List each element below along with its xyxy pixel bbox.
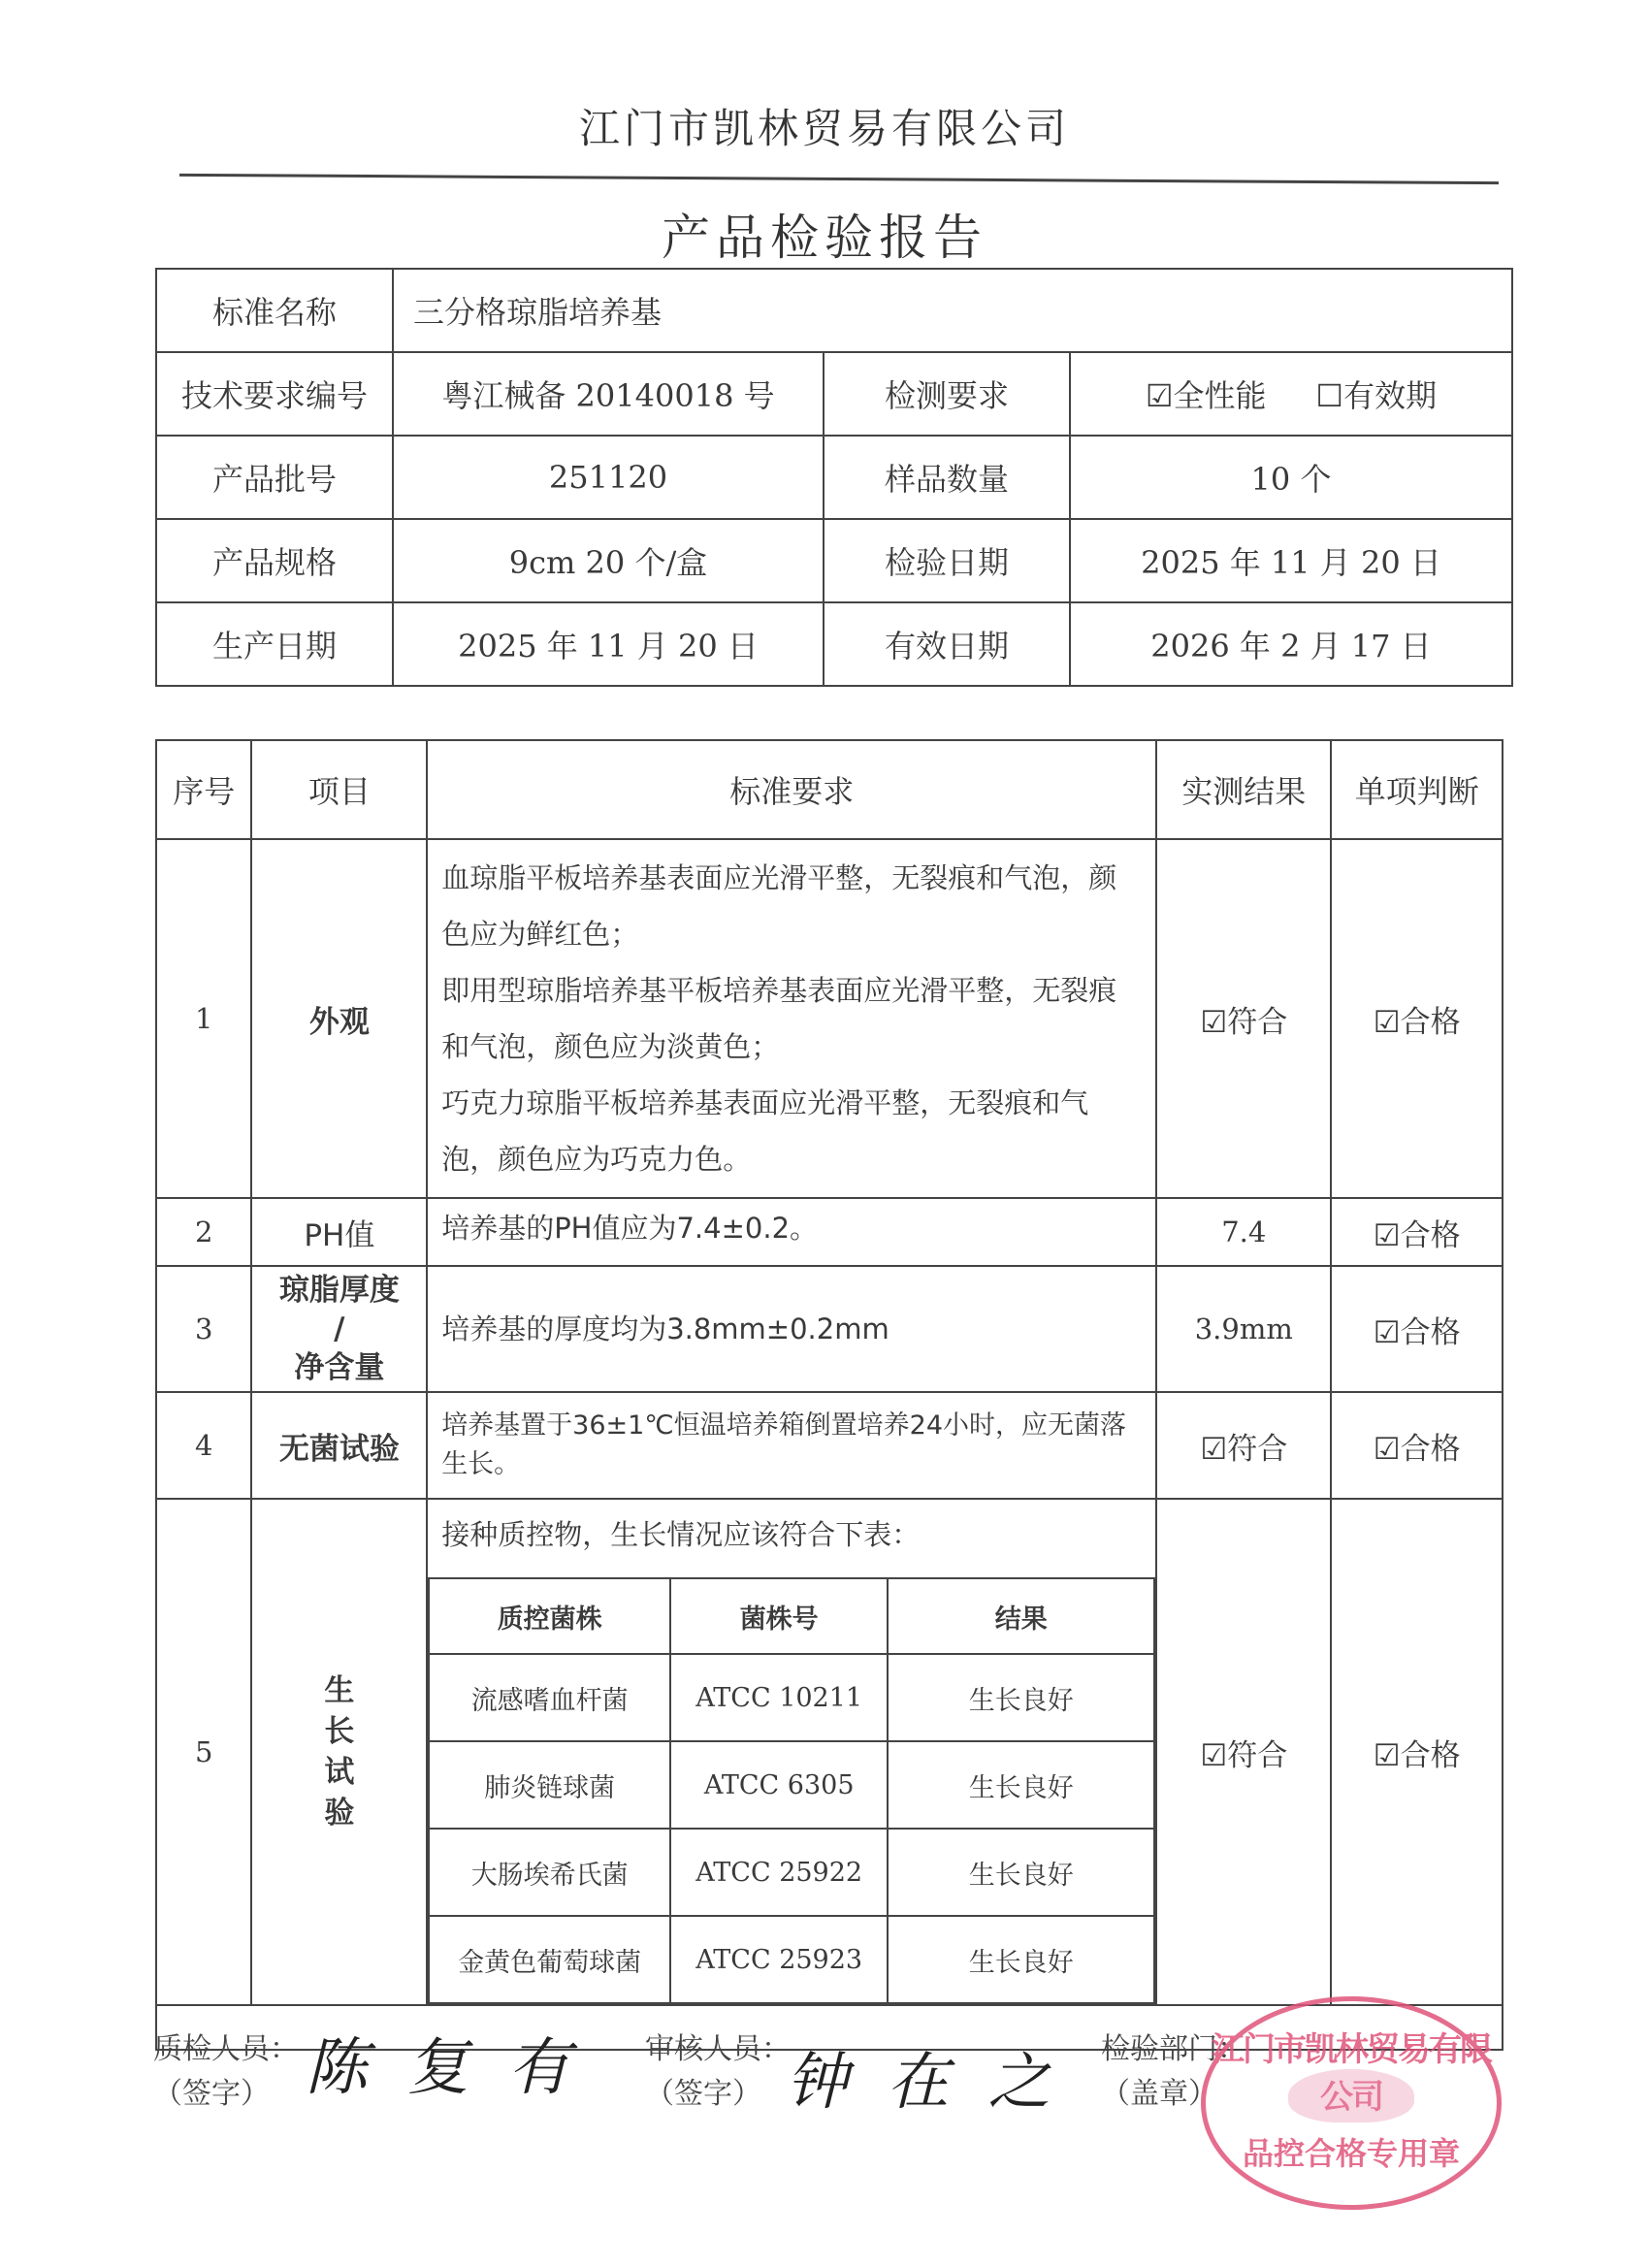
row-item: 外观 — [251, 839, 427, 1198]
item-line: 净含量 — [253, 1348, 425, 1387]
info-row-prod-date: 生产日期 2025 年 11 月 20 日 有效日期 2026 年 2 月 17… — [156, 602, 1512, 686]
test-req-label: 检测要求 — [824, 352, 1070, 436]
tech-req-label: 技术要求编号 — [156, 352, 393, 436]
col-header-item: 项目 — [251, 740, 427, 839]
sample-qty-label: 样品数量 — [824, 436, 1070, 519]
inspector-label: 质检人员： — [153, 2027, 299, 2072]
row-requirement: 培养基的厚度均为3.8mm±0.2mm — [427, 1266, 1156, 1392]
item-char: 生 — [253, 1670, 425, 1711]
strain-name: 肺炎链球菌 — [429, 1741, 670, 1829]
item-char: 长 — [253, 1711, 425, 1752]
validity-checkbox[interactable]: ☐有效期 — [1315, 377, 1437, 414]
row-item: 无菌试验 — [251, 1392, 427, 1499]
stamp-purpose-text: 品控合格专用章 — [1206, 2129, 1497, 2174]
reviewer-label: 审核人员： — [645, 2027, 791, 2072]
row-judgement: ☑合格 — [1331, 1198, 1503, 1266]
strain-row: 金黄色葡萄球菌 ATCC 25923 生长良好 — [429, 1916, 1154, 2003]
spec-label: 产品规格 — [156, 519, 393, 602]
requirement-line: 血琼脂平板培养基表面应光滑平整，无裂痕和气泡，颜色应为鲜红色； — [441, 850, 1142, 962]
tech-req-value: 粤江械备 20140018 号 — [393, 352, 824, 436]
strain-row: 流感嗜血杆菌 ATCC 10211 生长良好 — [429, 1654, 1154, 1741]
strain-name: 大肠埃希氏菌 — [429, 1829, 670, 1916]
result-col-header: 结果 — [888, 1578, 1154, 1654]
header-divider — [179, 174, 1499, 184]
strain-result: 生长良好 — [888, 1916, 1154, 2003]
quality-control-stamp: 江门市凯林贸易有限公司 品控合格专用章 — [1201, 1996, 1502, 2210]
strain-result: 生长良好 — [888, 1741, 1154, 1829]
standard-name-label: 标准名称 — [156, 269, 393, 352]
sample-qty-value: 10 个 — [1070, 436, 1512, 519]
test-date-value: 2025 年 11 月 20 日 — [1070, 519, 1512, 602]
strain-row: 肺炎链球菌 ATCC 6305 生长良好 — [429, 1741, 1154, 1829]
table-row: 2 PH值 培养基的PH值应为7.4±0.2。 7.4 ☑合格 — [156, 1198, 1503, 1266]
row-requirement: 接种质控物，生长情况应该符合下表： 质控菌株 菌株号 结果 流感嗜血杆菌 ATC… — [427, 1499, 1156, 2005]
info-row-standard-name: 标准名称 三分格琼脂培养基 — [156, 269, 1512, 352]
reviewer-signature: 钟 在 之 — [786, 2032, 1060, 2122]
strain-table: 质控菌株 菌株号 结果 流感嗜血杆菌 ATCC 10211 生长良好 肺炎链球菌… — [428, 1577, 1155, 2004]
prod-date-label: 生产日期 — [156, 602, 393, 686]
row-result: 3.9mm — [1156, 1266, 1331, 1392]
strain-row: 大肠埃希氏菌 ATCC 25922 生长良好 — [429, 1829, 1154, 1916]
table-row: 1 外观 血琼脂平板培养基表面应光滑平整，无裂痕和气泡，颜色应为鲜红色； 即用型… — [156, 839, 1503, 1198]
row-requirement: 培养基的PH值应为7.4±0.2。 — [427, 1198, 1156, 1266]
strain-code: ATCC 25923 — [670, 1916, 888, 2003]
spec-value: 9cm 20 个/盒 — [393, 519, 824, 602]
table-row: 3 琼脂厚度 / 净含量 培养基的厚度均为3.8mm±0.2mm 3.9mm ☑… — [156, 1266, 1503, 1392]
row-item: 生 长 试 验 — [251, 1499, 427, 2005]
stamp-emblem-icon — [1288, 2069, 1414, 2122]
row-result: ☑符合 — [1156, 839, 1331, 1198]
code-col-header: 菌株号 — [670, 1578, 888, 1654]
row-judgement: ☑合格 — [1331, 1392, 1503, 1499]
row-no: 5 — [156, 1499, 251, 2005]
col-header-result: 实测结果 — [1156, 740, 1331, 839]
row-result: 7.4 — [1156, 1198, 1331, 1266]
col-header-judgement: 单项判断 — [1331, 740, 1503, 839]
company-name: 江门市凯林贸易有限公司 — [0, 97, 1649, 155]
report-title: 产品检验报告 — [0, 199, 1649, 269]
row-judgement: ☑合格 — [1331, 1499, 1503, 2005]
batch-value: 251120 — [393, 436, 824, 519]
table-row: 4 无菌试验 培养基置于36±1℃恒温培养箱倒置培养24小时，应无菌落生长。 ☑… — [156, 1392, 1503, 1499]
test-date-label: 检验日期 — [824, 519, 1070, 602]
row-no: 4 — [156, 1392, 251, 1499]
info-row-tech-req: 技术要求编号 粤江械备 20140018 号 检测要求 ☑全性能 ☐有效期 — [156, 352, 1512, 436]
item-line: / — [253, 1310, 425, 1348]
expiry-label: 有效日期 — [824, 602, 1070, 686]
info-row-batch: 产品批号 251120 样品数量 10 个 — [156, 436, 1512, 519]
row-item: 琼脂厚度 / 净含量 — [251, 1266, 427, 1392]
row-no: 3 — [156, 1266, 251, 1392]
inspector-sign-hint: （签字） — [153, 2072, 299, 2117]
inspection-header-row: 序号 项目 标准要求 实测结果 单项判断 — [156, 740, 1503, 839]
expiry-value: 2026 年 2 月 17 日 — [1070, 602, 1512, 686]
table-row: 5 生 长 试 验 接种质控物，生长情况应该符合下表： 质控菌株 菌株号 结果 … — [156, 1499, 1503, 2005]
strain-code: ATCC 10211 — [670, 1654, 888, 1741]
row-result: ☑符合 — [1156, 1392, 1331, 1499]
strain-name: 金黄色葡萄球菌 — [429, 1916, 670, 2003]
col-header-requirement: 标准要求 — [427, 740, 1156, 839]
reviewer-sign-hint: （签字） — [645, 2072, 791, 2117]
inspection-table: 序号 项目 标准要求 实测结果 单项判断 1 外观 血琼脂平板培养基表面应光滑平… — [155, 739, 1503, 2051]
row-no: 1 — [156, 839, 251, 1198]
row-requirement: 培养基置于36±1℃恒温培养箱倒置培养24小时，应无菌落生长。 — [427, 1392, 1156, 1499]
row-result: ☑符合 — [1156, 1499, 1331, 2005]
row-judgement: ☑合格 — [1331, 1266, 1503, 1392]
growth-intro: 接种质控物，生长情况应该符合下表： — [428, 1500, 1155, 1577]
standard-name-value: 三分格琼脂培养基 — [393, 269, 1512, 352]
strain-result: 生长良好 — [888, 1654, 1154, 1741]
inspector-signature: 陈 复 有 — [306, 2018, 580, 2107]
row-judgement: ☑合格 — [1331, 839, 1503, 1198]
strain-code: ATCC 6305 — [670, 1741, 888, 1829]
reviewer-block: 审核人员： （签字） — [645, 2027, 791, 2117]
strain-header-row: 质控菌株 菌株号 结果 — [429, 1578, 1154, 1654]
row-requirement: 血琼脂平板培养基表面应光滑平整，无裂痕和气泡，颜色应为鲜红色； 即用型琼脂培养基… — [427, 839, 1156, 1198]
strain-result: 生长良好 — [888, 1829, 1154, 1916]
item-char: 试 — [253, 1752, 425, 1793]
requirement-line: 巧克力琼脂平板培养基表面应光滑平整，无裂痕和气泡，颜色应为巧克力色。 — [441, 1075, 1142, 1187]
col-header-no: 序号 — [156, 740, 251, 839]
inspector-block: 质检人员： （签字） — [153, 2027, 299, 2117]
test-req-options: ☑全性能 ☐有效期 — [1070, 352, 1512, 436]
product-info-table: 标准名称 三分格琼脂培养基 技术要求编号 粤江械备 20140018 号 检测要… — [155, 268, 1513, 687]
requirement-line: 即用型琼脂培养基平板培养基表面应光滑平整，无裂痕和气泡，颜色应为淡黄色； — [441, 962, 1142, 1075]
strain-col-header: 质控菌株 — [429, 1578, 670, 1654]
full-performance-checkbox[interactable]: ☑全性能 — [1146, 377, 1267, 414]
strain-code: ATCC 25922 — [670, 1829, 888, 1916]
strain-name: 流感嗜血杆菌 — [429, 1654, 670, 1741]
item-line: 琼脂厚度 — [253, 1271, 425, 1310]
batch-label: 产品批号 — [156, 436, 393, 519]
info-row-spec: 产品规格 9cm 20 个/盒 检验日期 2025 年 11 月 20 日 — [156, 519, 1512, 602]
prod-date-value: 2025 年 11 月 20 日 — [393, 602, 824, 686]
row-no: 2 — [156, 1198, 251, 1266]
item-char: 验 — [253, 1793, 425, 1833]
row-item: PH值 — [251, 1198, 427, 1266]
